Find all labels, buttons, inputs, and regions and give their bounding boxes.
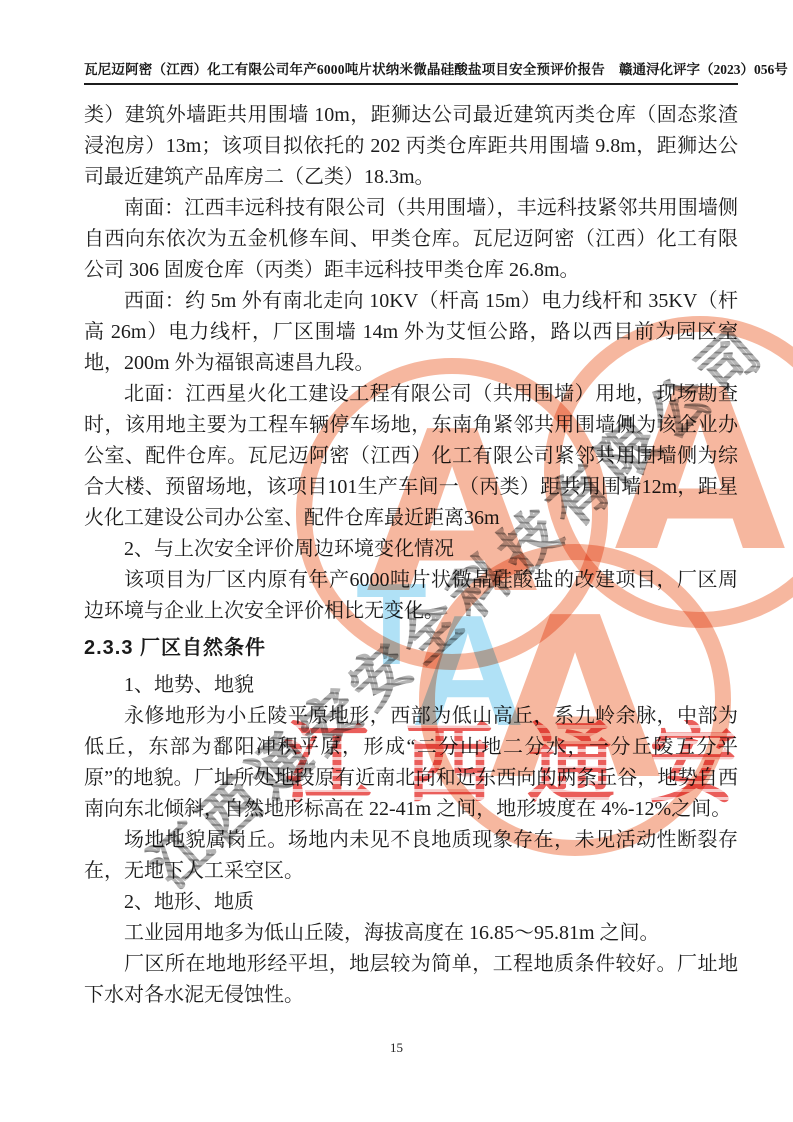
paragraph: 北面：江西星火化工建设工程有限公司（共用围墙）用地，现场勘查时，该用地主要为工程… xyxy=(84,379,738,534)
document-body: 类）建筑外墙距共用围墙 10m，距狮达公司最近建筑丙类仓库（固态浆渣浸泡房）13… xyxy=(84,100,738,1011)
paragraph: 2、地形、地质 xyxy=(84,887,738,918)
paragraph: 2、与上次安全评价周边环境变化情况 xyxy=(84,534,738,565)
page-header: 瓦尼迈阿密（江西）化工有限公司年产6000吨片状纳米微晶硅酸盐项目安全预评价报告… xyxy=(84,58,738,85)
header-title: 瓦尼迈阿密（江西）化工有限公司年产6000吨片状纳米微晶硅酸盐项目安全预评价报告 xyxy=(84,58,605,78)
page-number: 15 xyxy=(0,1040,793,1056)
paragraph: 该项目为厂区内原有年产6000吨片状微晶硅酸盐的改建项目，厂区周边环境与企业上次… xyxy=(84,565,738,627)
paragraph: 工业园用地多为低山丘陵，海拔高度在 16.85～95.81m 之间。 xyxy=(84,918,738,949)
paragraph: 南面：江西丰远科技有限公司（共用围墙），丰远科技紧邻共用围墙侧自西向东依次为五金… xyxy=(84,193,738,286)
paragraph: 西面：约 5m 外有南北走向 10KV（杆高 15m）电力线杆和 35KV（杆高… xyxy=(84,286,738,379)
paragraph: 永修地形为小丘陵平原地形，西部为低山高丘，系九岭余脉，中部为低丘，东部为鄱阳冲积… xyxy=(84,701,738,825)
paragraph: 厂区所在地地形经平坦，地层较为简单，工程地质条件较好。厂址地下水对各水泥无侵蚀性… xyxy=(84,949,738,1011)
paragraph: 1、地势、地貌 xyxy=(84,670,738,701)
section-heading: 2.3.3 厂区自然条件 xyxy=(84,633,738,664)
document-page: 瓦尼迈阿密（江西）化工有限公司年产6000吨片状纳米微晶硅酸盐项目安全预评价报告… xyxy=(0,0,793,1122)
header-doc-number: 赣通浔化评字（2023）056号 xyxy=(619,58,788,78)
paragraph: 类）建筑外墙距共用围墙 10m，距狮达公司最近建筑丙类仓库（固态浆渣浸泡房）13… xyxy=(84,100,738,193)
paragraph: 场地地貌属岗丘。场地内未见不良地质现象存在，未见活动性断裂存在，无地下人工采空区… xyxy=(84,825,738,887)
